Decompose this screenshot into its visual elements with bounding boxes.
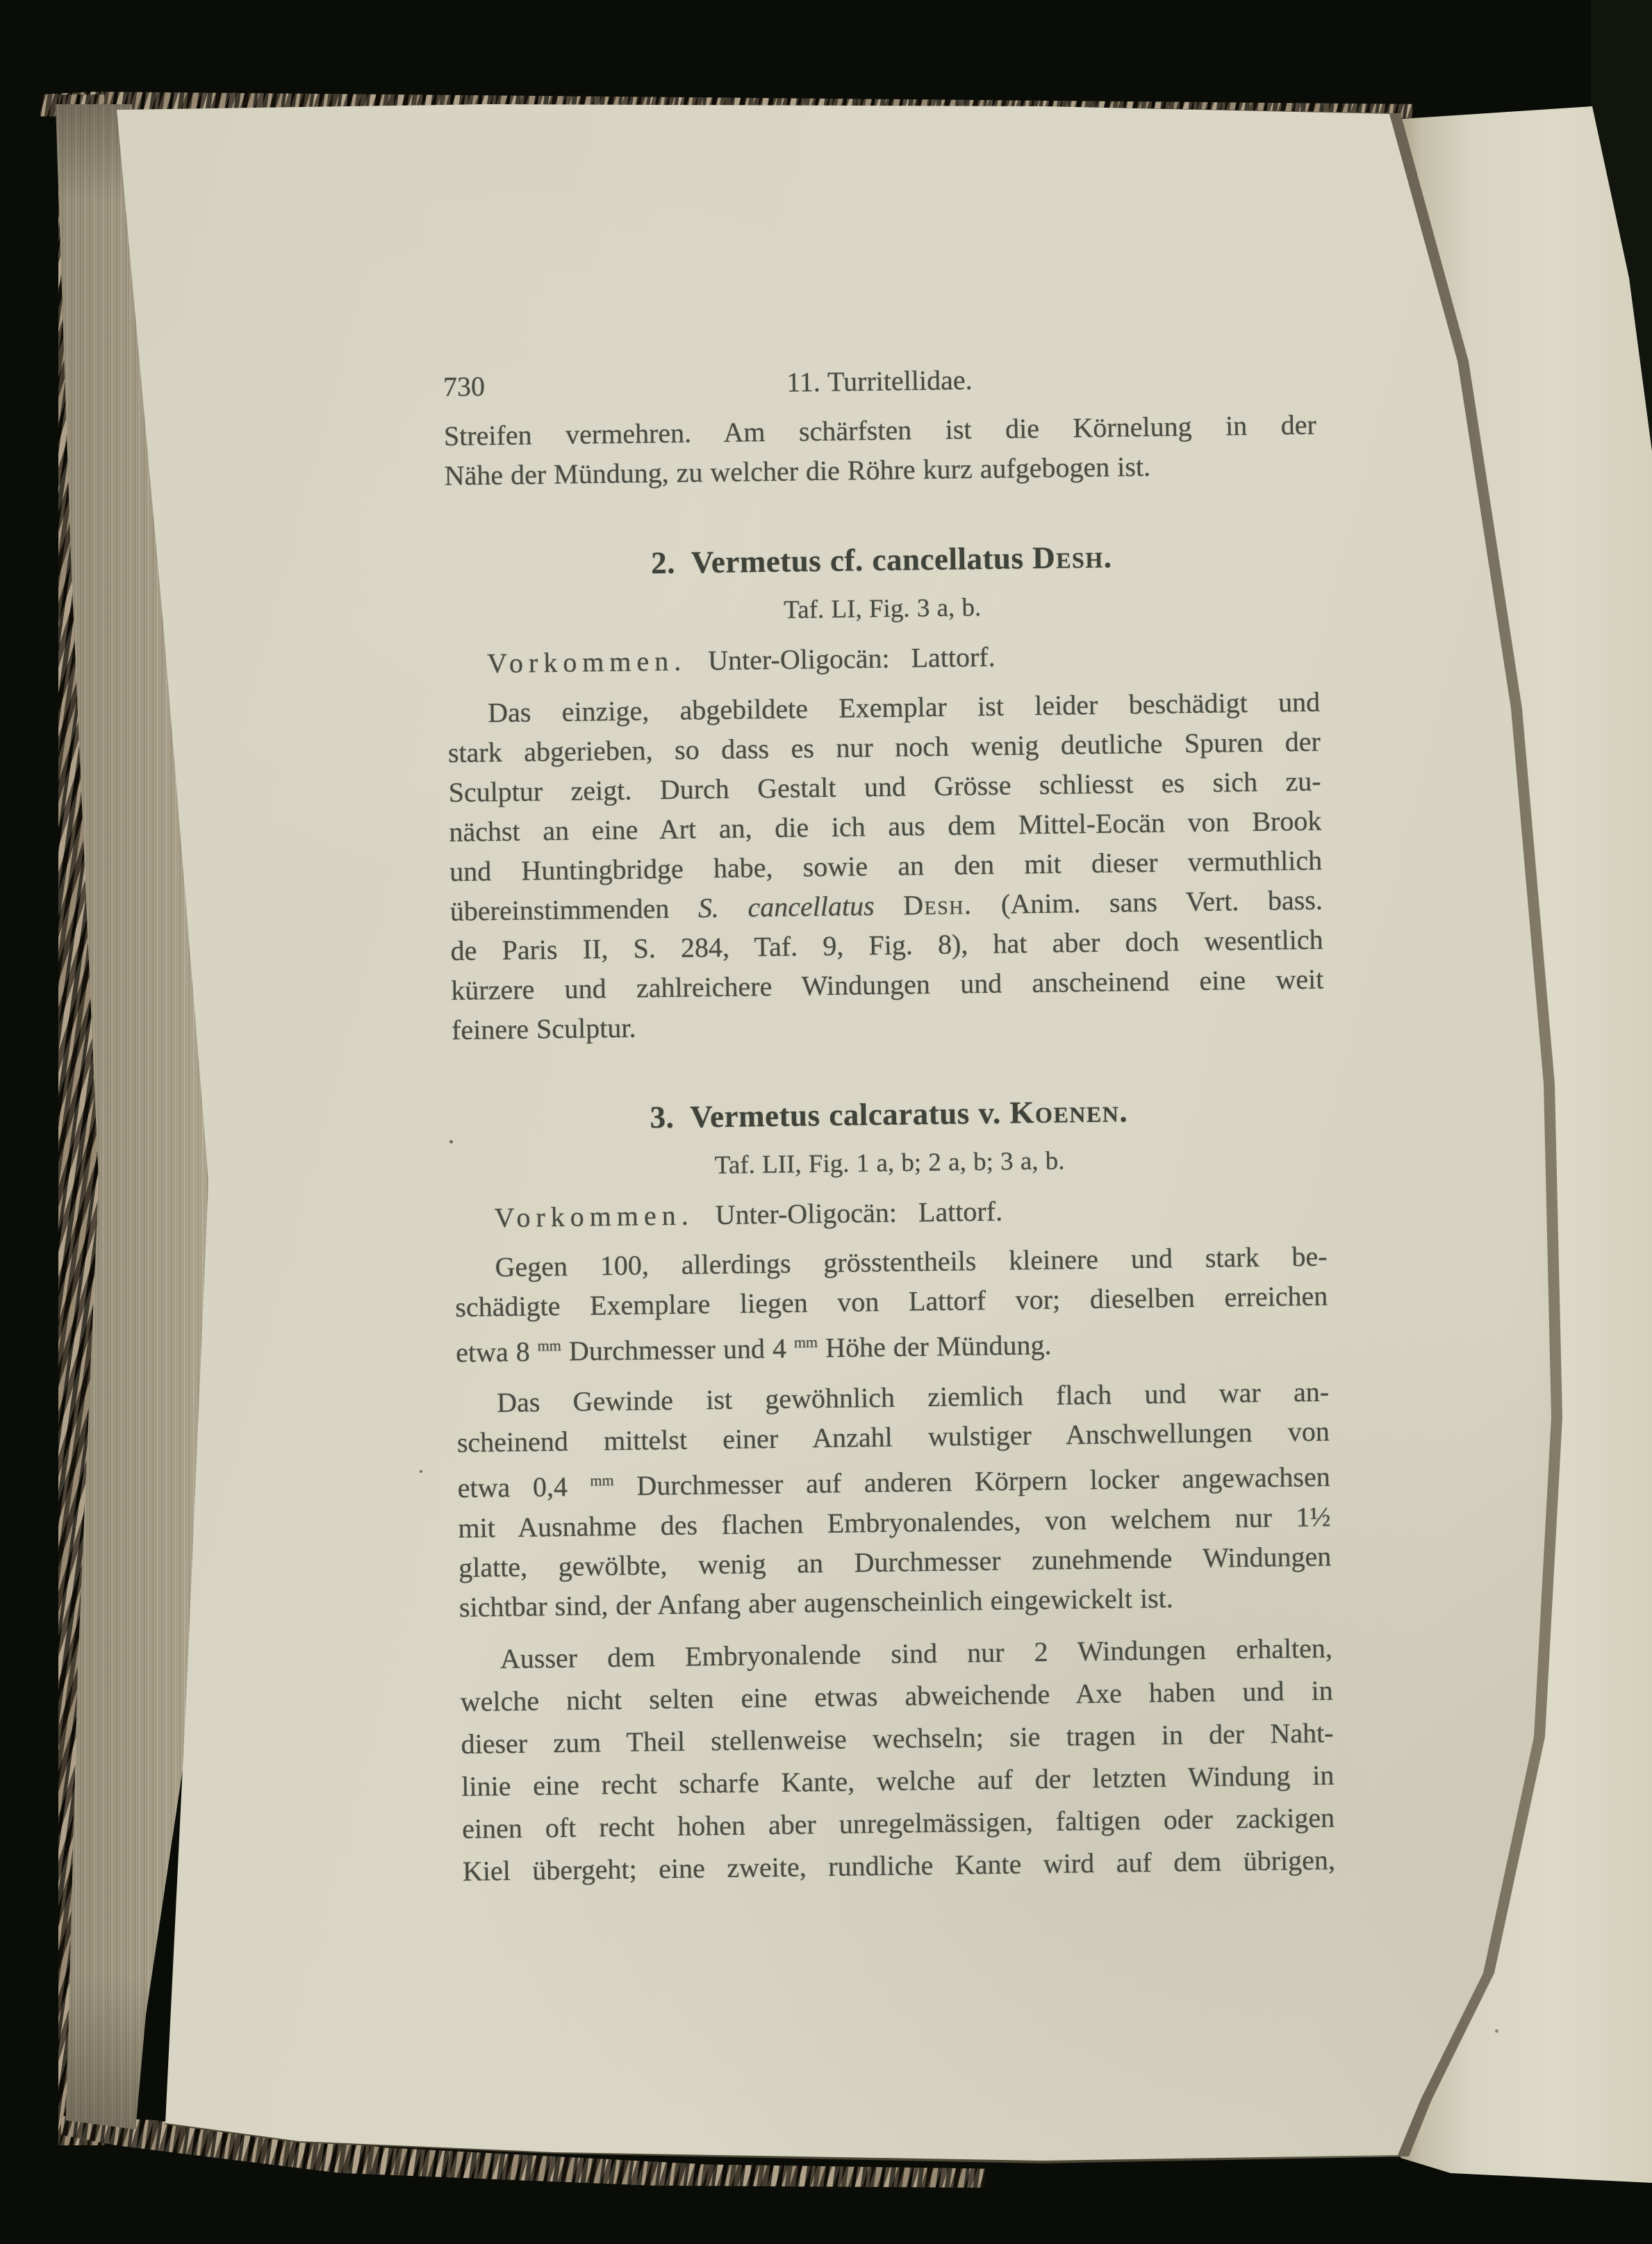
text-segment: Unter-Oligocän: Lattorf. [686, 641, 996, 677]
text-segment: Unter-Oligocän: Lattorf. [693, 1196, 1002, 1231]
text-segment: Desh. [903, 889, 973, 921]
text-segment: mm [537, 1337, 561, 1354]
text-segment: etwa 8 [456, 1336, 538, 1369]
text-segment: Vorkommen. [487, 645, 687, 679]
text-segment: 2. Vermetus cf. cancellatus [651, 541, 1033, 580]
text-segment: Vorkommen. [494, 1199, 694, 1233]
dust-speck [420, 1470, 422, 1473]
species-heading: 2. Vermetus cf. cancellatus Desh. [445, 533, 1319, 587]
plate-figure-reference: Taf. LI, Fig. 3 a, b. [446, 586, 1319, 633]
paragraph: Das einzige, abgebildete Exemplar ist le… [447, 682, 1325, 1050]
paragraph: Ausser dem Embryonalende sind nur 2 Wind… [460, 1626, 1336, 1892]
text-segment: Desh. [1032, 540, 1113, 576]
text-segment: S. cancellatus [698, 890, 875, 923]
text-segment: Durchmesser und 4 [561, 1333, 795, 1367]
scanned-book-photo: 730 11. Turritellidae. Streifen vermehre… [0, 0, 1652, 2244]
text-segment: Koenen. [1009, 1094, 1128, 1130]
text-segment: Durchmesser auf anderen Körpern locker a… [613, 1461, 1330, 1501]
text-segment: übereinstimmenden [450, 892, 699, 927]
dust-speck [1495, 2029, 1498, 2033]
text-segment: Höhe der Mündung. [818, 1329, 1052, 1363]
text-flow: Streifen vermehren. Am schärfsten ist di… [444, 405, 1336, 1892]
text-segment: Taf. LI, Fig. 3 a, b. [784, 593, 981, 625]
occurrence-line: Vorkommen. Unter-Oligocän: Lattorf. [447, 633, 1320, 684]
text-segment [874, 889, 903, 921]
paragraph: Das Gewinde ist gewöhnlich ziemlich flac… [456, 1372, 1332, 1627]
text-segment: Taf. LII, Fig. 1 a, b; 2 a, b; 3 a, b. [715, 1146, 1065, 1180]
paragraph: Streifen vermehren. Am schärfsten ist di… [444, 405, 1317, 495]
plate-figure-reference: Taf. LII, Fig. 1 a, b; 2 a, b; 3 a, b. [453, 1140, 1326, 1187]
text-segment: v. [978, 1096, 1010, 1131]
text-segment: (Anim. sans Vert. bass. [972, 884, 1323, 921]
text-segment: etwa 0,4 [457, 1471, 590, 1503]
species-heading: 3. Vermetus calcaratus v. Koenen. [452, 1087, 1325, 1141]
text-segment: mm [590, 1471, 614, 1489]
paragraph: Gegen 100, allerdings grösstentheils kle… [454, 1237, 1328, 1373]
text-segment: mm [794, 1333, 818, 1351]
occurrence-line: Vorkommen. Unter-Oligocän: Lattorf. [454, 1187, 1327, 1238]
text-segment: 3. Vermetus calcaratus [650, 1096, 979, 1135]
page-number: 730 [443, 366, 486, 406]
page-text: 730 11. Turritellidae. Streifen vermehre… [443, 356, 1336, 1892]
